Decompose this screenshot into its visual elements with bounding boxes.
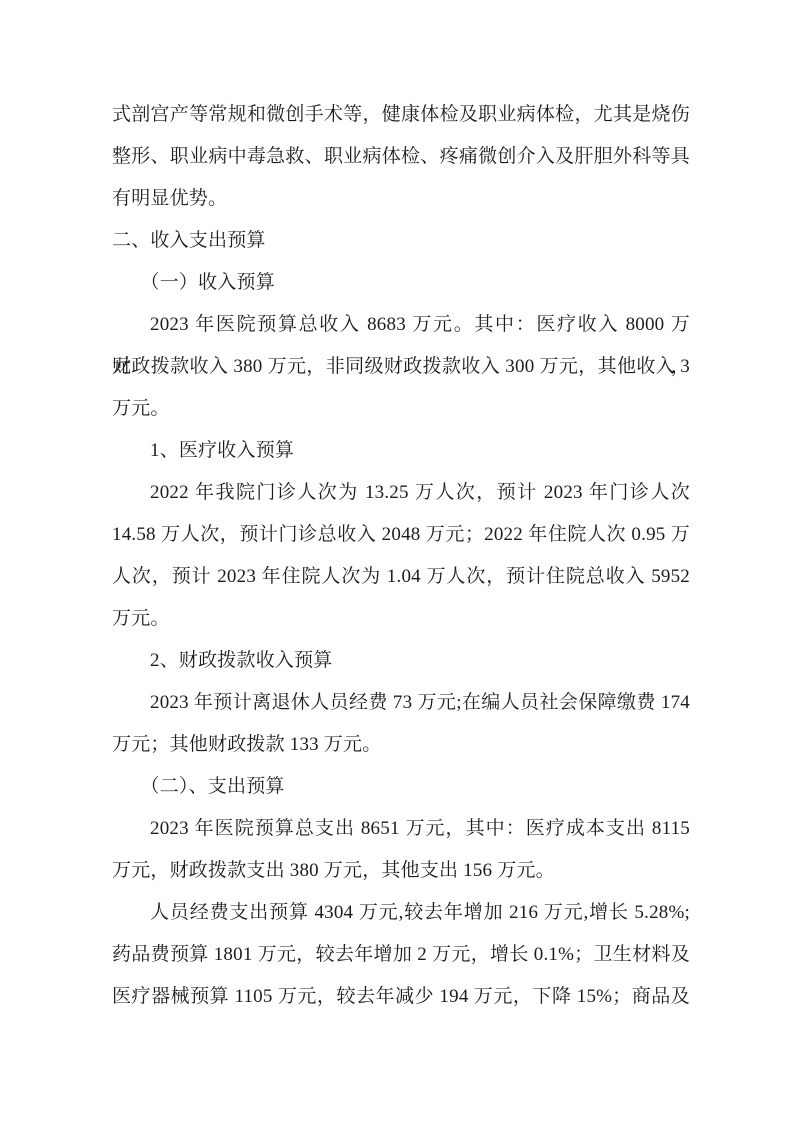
text-line: 二、收入支出预算 (112, 220, 690, 262)
text-line: 2、财政拨款收入预算 (112, 640, 690, 682)
text-line: 有明显优势。 (112, 178, 690, 220)
text-line: 万元；其他财政拨款 133 万元。 (112, 724, 690, 766)
document-content: 式剖宫产等常规和微创手术等，健康体检及职业病体检，尤其是烧伤整形、职业病中毒急救… (112, 94, 690, 1018)
text-line: 万元。 (112, 388, 690, 430)
text-line: 2023 年医院预算总支出 8651 万元，其中：医疗成本支出 8115 (112, 808, 690, 850)
text-line: （一）收入预算 (112, 262, 690, 304)
text-line: 整形、职业病中毒急救、职业病体检、疼痛微创介入及肝胆外科等具 (112, 136, 690, 178)
text-line: 2022 年我院门诊人次为 13.25 万人次，预计 2023 年门诊人次 (112, 472, 690, 514)
text-line: 财政拨款收入 380 万元，非同级财政拨款收入 300 万元，其他收入 3 (112, 346, 690, 388)
text-line: 医疗器械预算 1105 万元，较去年减少 194 万元，下降 15%；商品及 (112, 976, 690, 1018)
text-line: 14.58 万人次，预计门诊总收入 2048 万元；2022 年住院人次 0.9… (112, 514, 690, 556)
text-line: 2023 年医院预算总收入 8683 万元。其中：医疗收入 8000 万元， (112, 304, 690, 346)
text-line: 人员经费支出预算 4304 万元,较去年增加 216 万元,增长 5.28%; (112, 892, 690, 934)
text-line: 人次，预计 2023 年住院人次为 1.04 万人次，预计住院总收入 5952 (112, 556, 690, 598)
text-line: 1、医疗收入预算 (112, 430, 690, 472)
text-line: 万元。 (112, 598, 690, 640)
text-line: 万元，财政拨款支出 380 万元，其他支出 156 万元。 (112, 850, 690, 892)
text-line: （二）、支出预算 (112, 766, 690, 808)
document-page: 式剖宫产等常规和微创手术等，健康体检及职业病体检，尤其是烧伤整形、职业病中毒急救… (0, 0, 794, 1123)
text-line: 药品费预算 1801 万元，较去年增加 2 万元，增长 0.1%；卫生材料及 (112, 934, 690, 976)
text-line: 2023 年预计离退休人员经费 73 万元;在编人员社会保障缴费 174 (112, 682, 690, 724)
text-line: 式剖宫产等常规和微创手术等，健康体检及职业病体检，尤其是烧伤 (112, 94, 690, 136)
